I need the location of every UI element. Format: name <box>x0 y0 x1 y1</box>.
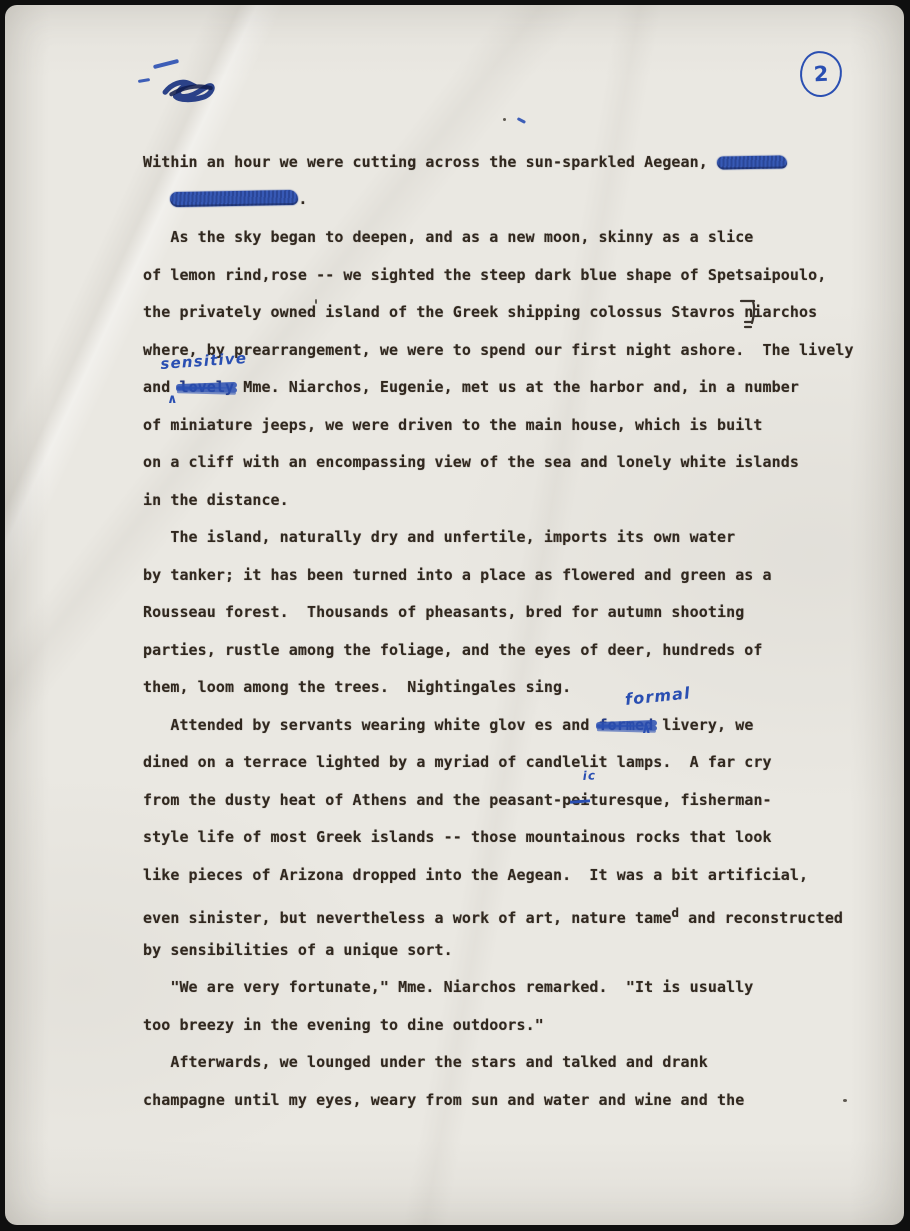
typed-text: Rousseau forest. Thousands of pheasants,… <box>143 603 744 621</box>
typed-text: As the sky began to deepen, and as a new… <box>143 228 753 246</box>
end-of-text-speck <box>843 1099 847 1102</box>
typed-line-18: from the dusty heat of Athens and the pe… <box>143 791 772 810</box>
typed-text: champagne until my eyes, weary from sun … <box>143 1091 744 1109</box>
typed-text: Afterwards, we lounged under the stars a… <box>143 1053 708 1071</box>
typed-line-7: and lovely Mme. Niarchos, Eugenie, met u… <box>143 378 799 397</box>
typed-line-1: Within an hour we were cutting across th… <box>143 153 787 172</box>
typed-line-15: them, loom among the trees. Nightingales… <box>143 678 571 697</box>
typed-line-25: Afterwards, we lounged under the stars a… <box>143 1053 708 1072</box>
typed-line-23: "We are very fortunate," Mme. Niarchos r… <box>143 978 753 997</box>
typed-text: of miniature jeeps, we were driven to th… <box>143 416 763 434</box>
typed-text: by sensibilities of a unique sort. <box>143 941 453 959</box>
typed-line-21: even sinister, but nevertheless a work o… <box>143 903 843 928</box>
typed-text: in the distance. <box>143 491 289 509</box>
typed-line-6: where, by prearrangement, we were to spe… <box>143 341 854 360</box>
struck-out-word: ei <box>571 791 589 809</box>
typed-text: of lemon rind,rose -- we sighted the ste… <box>143 266 826 284</box>
stray-ink-dot <box>503 118 506 121</box>
typed-line-19: style life of most Greek islands -- thos… <box>143 828 772 847</box>
typed-line-26: champagne until my eyes, weary from sun … <box>143 1091 744 1110</box>
typed-line-20: like pieces of Arizona dropped into the … <box>143 866 808 885</box>
ink-scribble-blob <box>161 69 219 103</box>
typed-line-2: . <box>143 190 307 209</box>
typed-text: from the dusty heat of Athens and the pe… <box>143 791 571 809</box>
typed-line-16: Attended by servants wearing white glov … <box>143 716 753 735</box>
typed-text: dined on a terrace lighted by a myriad o… <box>143 753 772 771</box>
stray-apostrophe-mark <box>315 299 317 304</box>
typed-line-9: on a cliff with an encompassing view of … <box>143 453 799 472</box>
caret-sensitive: ∧ <box>167 395 178 405</box>
typed-line-22: by sensibilities of a unique sort. <box>143 941 453 960</box>
typed-text: "We are very fortunate," Mme. Niarchos r… <box>143 978 753 996</box>
stray-ink-tick <box>517 117 526 123</box>
circled-page-number: 2 <box>799 50 843 98</box>
typed-line-8: of miniature jeeps, we were driven to th… <box>143 416 763 435</box>
typed-text: The island, naturally dry and unfertile,… <box>143 528 735 546</box>
typed-text: and reconstructed <box>679 909 843 927</box>
typed-text: where, by prearrangement, we were to spe… <box>143 341 854 359</box>
typed-line-4: of lemon rind,rose -- we sighted the ste… <box>143 266 826 285</box>
typed-line-10: in the distance. <box>143 491 289 510</box>
typed-text: Attended by servants wearing white glov … <box>143 716 599 734</box>
typed-line-13: Rousseau forest. Thousands of pheasants,… <box>143 603 744 622</box>
typed-line-5: the privately owned island of the Greek … <box>143 303 817 322</box>
typed-text: turesque, fisherman- <box>589 791 771 809</box>
handwritten-formal: formal <box>624 683 692 709</box>
typed-text: even sinister, but nevertheless a work o… <box>143 909 671 927</box>
typed-text: parties, rustle among the foliage, and t… <box>143 641 763 659</box>
typed-text: livery, we <box>653 716 753 734</box>
ink-obliterated-text <box>717 155 787 169</box>
typed-text: the privately owned island of the Greek … <box>143 303 817 321</box>
handwritten-ic: ic <box>582 768 596 783</box>
page-number: 2 <box>813 62 829 87</box>
typed-line-14: parties, rustle among the foliage, and t… <box>143 641 763 660</box>
typed-line-17: dined on a terrace lighted by a myriad o… <box>143 753 772 772</box>
typed-line-24: too breezy in the evening to dine outdoo… <box>143 1016 544 1035</box>
ink-obliterated-text <box>170 190 298 207</box>
typed-text: them, loom among the trees. Nightingales… <box>143 678 571 696</box>
struck-out-word: lovely <box>179 378 234 396</box>
caret-formal: ∧ <box>641 725 652 735</box>
typed-text: style life of most Greek islands -- thos… <box>143 828 772 846</box>
typed-text: on a cliff with an encompassing view of … <box>143 453 799 471</box>
typed-text: like pieces of Arizona dropped into the … <box>143 866 808 884</box>
inserted-letter: d <box>671 905 679 920</box>
typed-text: by tanker; it has been turned into a pla… <box>143 566 772 584</box>
ink-dash-2 <box>138 78 150 83</box>
typed-line-12: by tanker; it has been turned into a pla… <box>143 566 772 585</box>
ink-dash-1 <box>153 59 179 69</box>
typed-line-11: The island, naturally dry and unfertile,… <box>143 528 735 547</box>
typed-text: too breezy in the evening to dine outdoo… <box>143 1016 544 1034</box>
typed-text: . <box>298 190 307 208</box>
typed-text: Within an hour we were cutting across th… <box>143 153 717 171</box>
typed-line-3: As the sky began to deepen, and as a new… <box>143 228 753 247</box>
typed-text: Mme. Niarchos, Eugenie, met us at the ha… <box>234 378 799 396</box>
closeup-capitalize-mark <box>738 297 758 335</box>
photo-background: Within an hour we were cutting across th… <box>0 0 910 1231</box>
typed-text <box>143 190 170 208</box>
manuscript-page: Within an hour we were cutting across th… <box>5 5 904 1225</box>
